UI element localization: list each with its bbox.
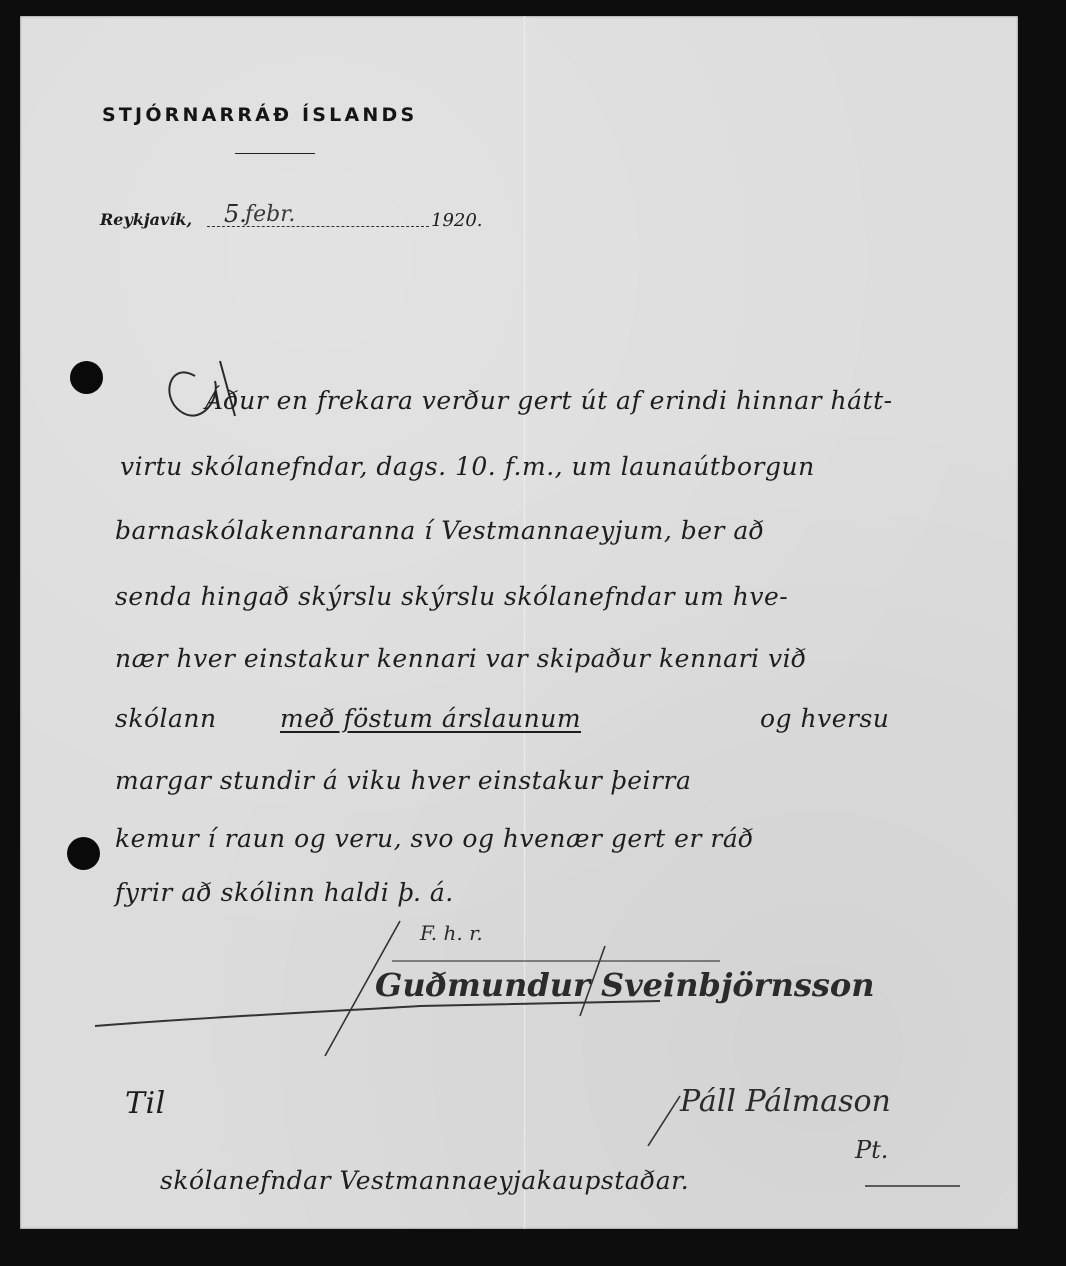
body-line-1: Áður en frekara verður gert út af erindi… — [205, 386, 893, 415]
body-line-8: kemur í raun og veru, svo og hvenær gert… — [115, 824, 754, 853]
recipient-name: skólanefndar Vestmannaeyjakaupstaðar. — [160, 1166, 689, 1195]
body-line-4: senda hingað skýrslu skýrslu skólanefnda… — [115, 582, 788, 611]
underlined-phrase: með föstum árslaunum — [280, 704, 581, 733]
signature-secondary-note: Pt. — [855, 1136, 888, 1164]
body-line-2: virtu skólanefndar, dags. 10. f.m., um l… — [120, 452, 815, 481]
body-line-3: barnaskólakennaranna í Vestmannaeyjum, b… — [115, 516, 764, 545]
body-line-6a: skólann — [115, 704, 217, 733]
body-line-5: nær hver einstakur kennari var skipaður … — [115, 644, 807, 673]
body-line-9: fyrir að skólinn haldi þ. á. — [115, 878, 454, 907]
closing-prefix: F. h. r. — [420, 921, 483, 945]
body-line-7: margar stundir á viku hver einstakur þei… — [115, 766, 691, 795]
signature-secondary: Páll Pálmason — [680, 1084, 891, 1119]
signature-primary: Guðmundur Sveinbjörnsson — [375, 966, 875, 1004]
letter-paper: STJÓRNARRÁÐ ÍSLANDS Reykjavík, 5. febr. … — [20, 16, 1018, 1229]
initial-flourish-icon — [20, 16, 1018, 1229]
body-line-6c: og hversu — [760, 704, 889, 733]
recipient-to-label: Til — [125, 1086, 166, 1121]
